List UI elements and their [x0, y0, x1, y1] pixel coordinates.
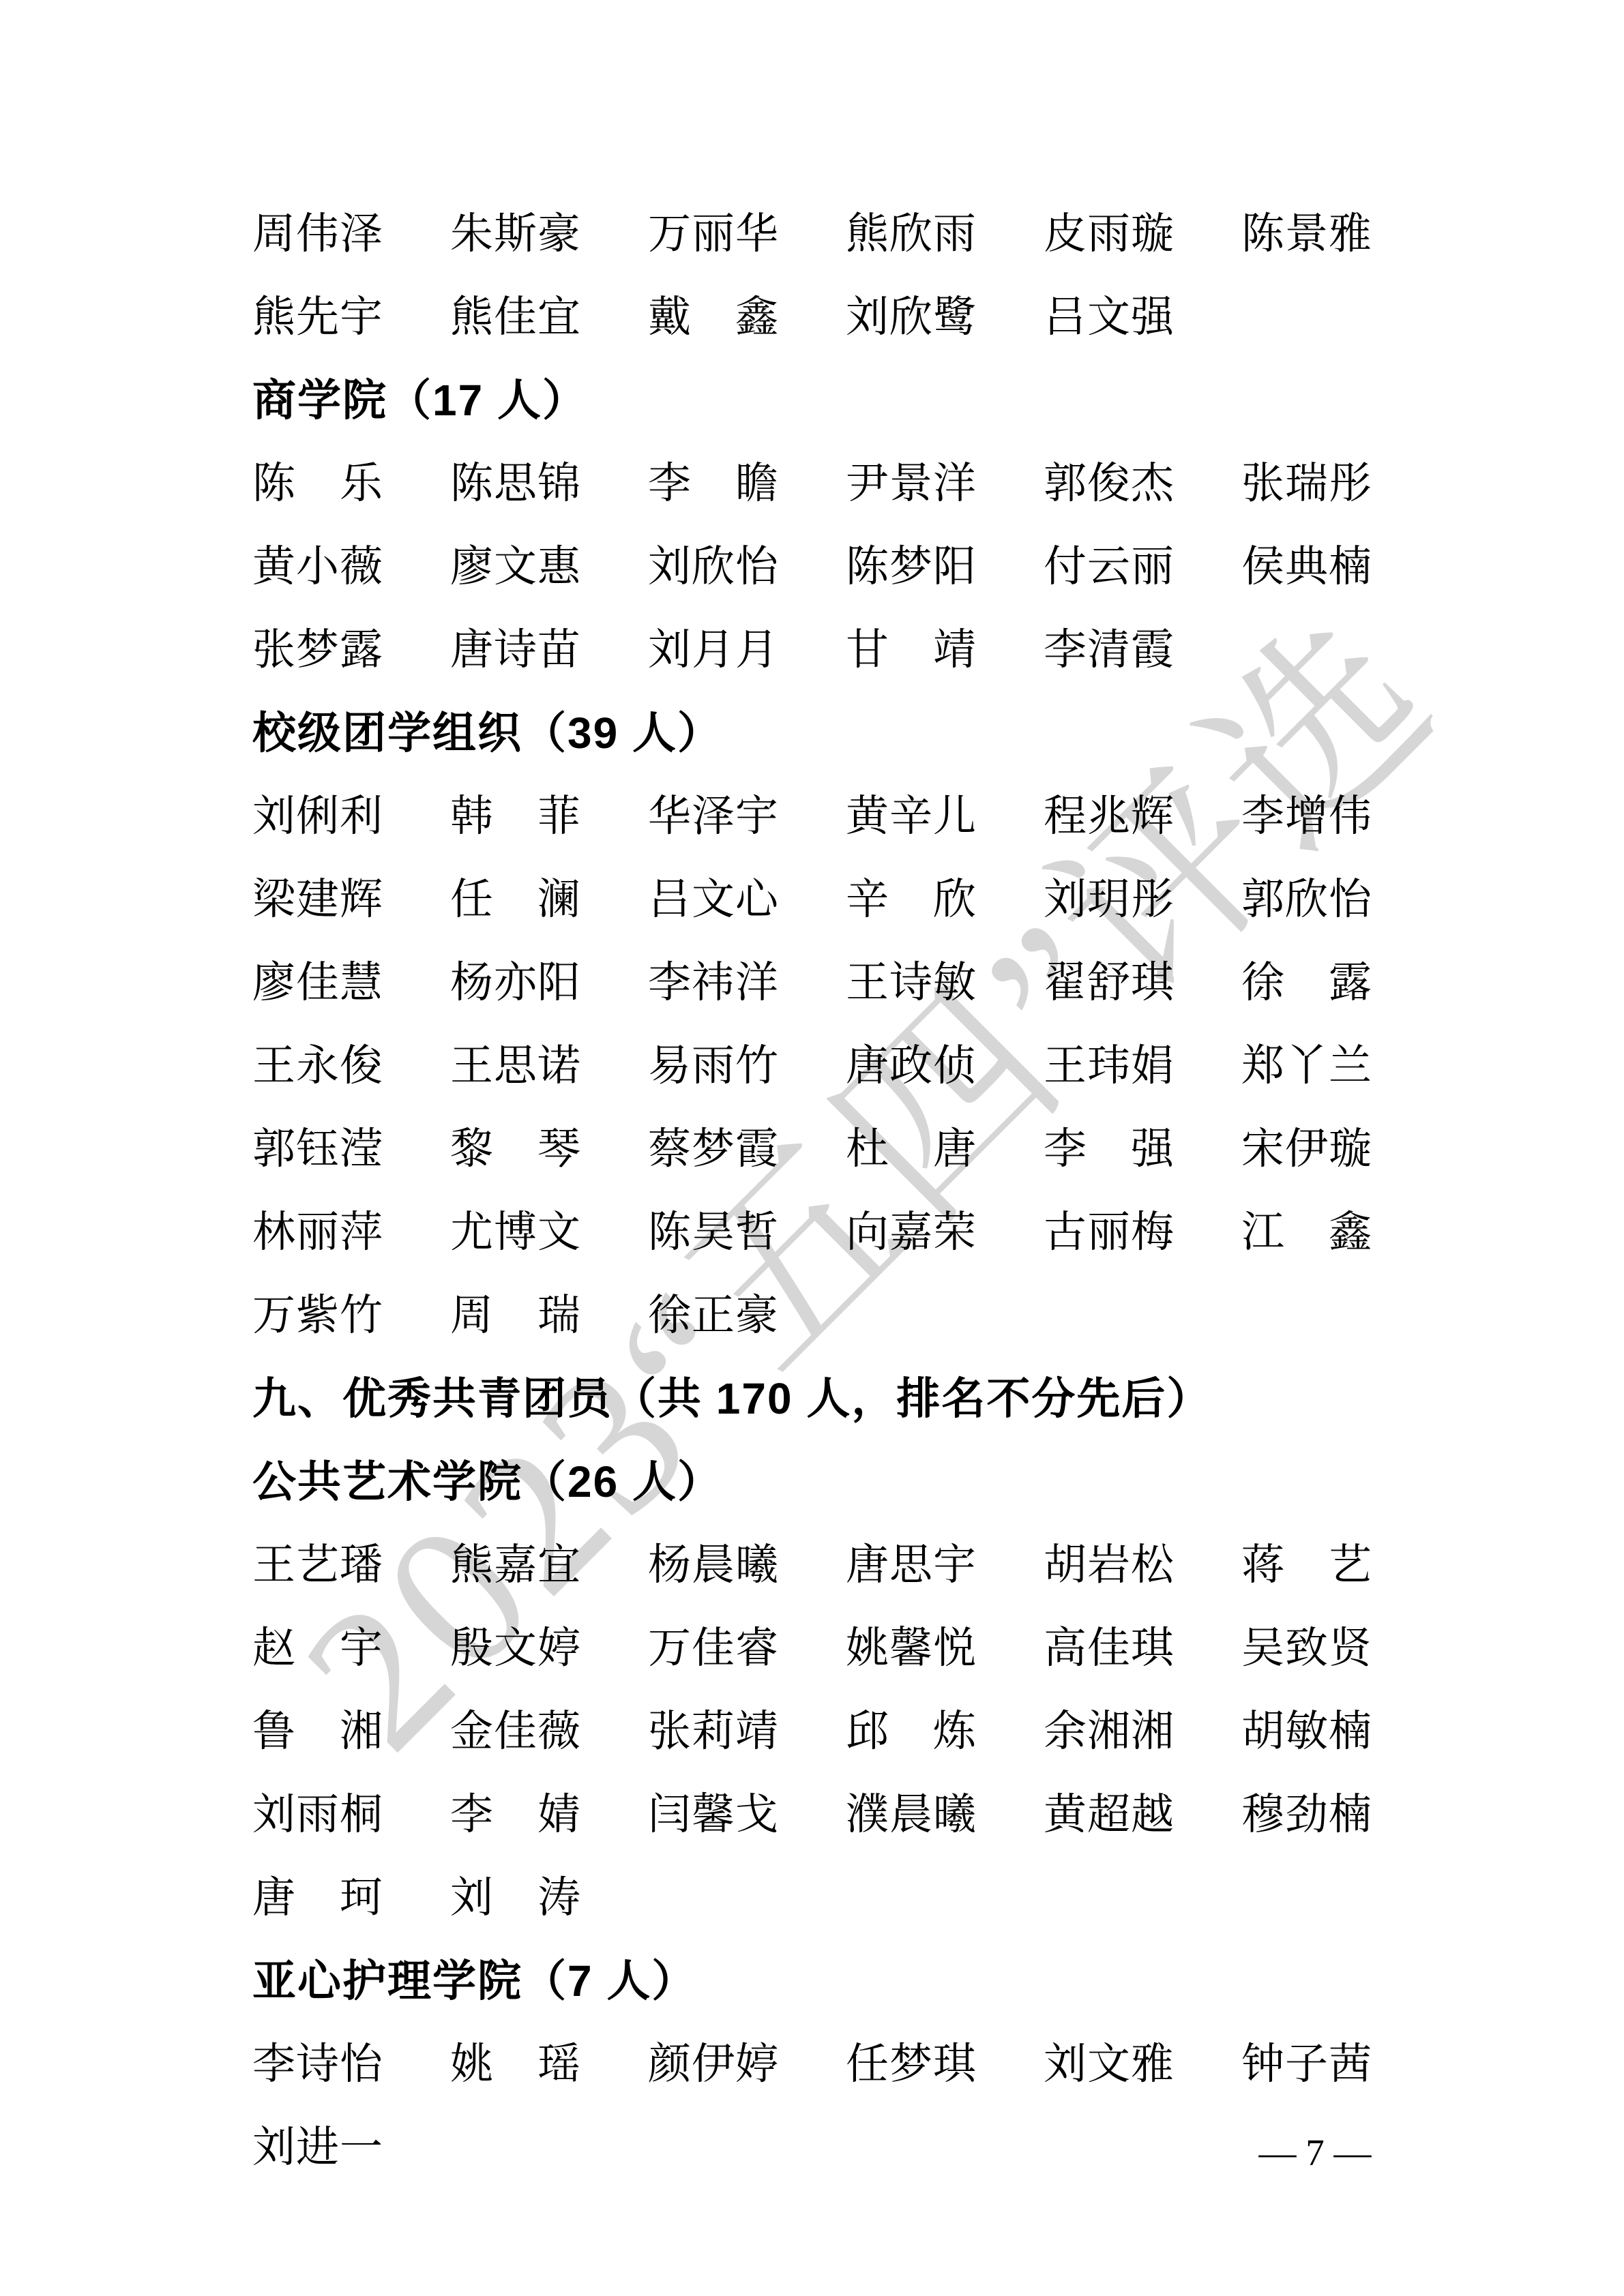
- section-heading: 九、优秀共青团员（共 170 人，排名不分先后）: [252, 1357, 1494, 1440]
- person-name: 尹景洋: [846, 442, 1044, 525]
- person-name: 高佳琪: [1044, 1607, 1241, 1690]
- person-name: 朱斯豪: [450, 192, 648, 275]
- person-name: 向嘉荣: [846, 1191, 1044, 1274]
- names-row: 廖佳慧杨亦阳李祎洋王诗敏翟舒琪徐 露: [252, 941, 1494, 1024]
- person-name: 郑丫兰: [1241, 1024, 1439, 1107]
- names-row: 郭钰滢黎 琴蔡梦霞杜 唐李 强宋伊璇: [252, 1107, 1494, 1191]
- person-name: 吴致贤: [1241, 1607, 1439, 1690]
- person-name: 胡敏楠: [1241, 1690, 1439, 1773]
- person-name: 陈思锦: [450, 442, 648, 525]
- person-name: 梁建辉: [252, 858, 450, 941]
- person-name: 王思诺: [450, 1024, 648, 1107]
- person-name: 李 婧: [450, 1773, 648, 1856]
- person-name: 辛 欣: [846, 858, 1044, 941]
- person-name: 周 瑞: [450, 1274, 648, 1357]
- person-name: 刘玥彤: [1044, 858, 1241, 941]
- section-heading: 商学院（17 人）: [252, 359, 1494, 442]
- person-name: 甘 靖: [846, 608, 1044, 691]
- person-name: 王诗敏: [846, 941, 1044, 1024]
- person-name: 刘欣怡: [648, 525, 846, 608]
- person-name: 华泽宇: [648, 775, 846, 858]
- names-row: 张梦露唐诗苗刘月月甘 靖李清霞: [252, 608, 1494, 691]
- names-row: 梁建辉任 澜吕文心辛 欣刘玥彤郭欣怡: [252, 858, 1494, 941]
- person-name: 任 澜: [450, 858, 648, 941]
- person-name: 王玮娟: [1044, 1024, 1241, 1107]
- person-name: 韩 菲: [450, 775, 648, 858]
- person-name: 张莉靖: [648, 1690, 846, 1773]
- names-row: 熊先宇熊佳宜戴 鑫刘欣鹭吕文强: [252, 275, 1494, 359]
- person-name: 刘月月: [648, 608, 846, 691]
- person-name: 张梦露: [252, 608, 450, 691]
- person-name: 黎 琴: [450, 1107, 648, 1191]
- person-name: 黄辛儿: [846, 775, 1044, 858]
- names-row: 万紫竹周 瑞徐正豪: [252, 1274, 1494, 1357]
- person-name: 熊佳宜: [450, 275, 648, 359]
- names-row: 刘雨桐李 婧闫馨戈濮晨曦黄超越穆劲楠: [252, 1773, 1494, 1856]
- person-name: 廖佳慧: [252, 941, 450, 1024]
- person-name: 刘欣鹭: [846, 275, 1044, 359]
- person-name: 陈 乐: [252, 442, 450, 525]
- page-number: — 7 —: [1243, 2122, 1387, 2183]
- person-name: 唐 珂: [252, 1856, 450, 1939]
- person-name: 唐思宇: [846, 1523, 1044, 1607]
- person-name: 蔡梦霞: [648, 1107, 846, 1191]
- names-row: 唐 珂刘 涛: [252, 1856, 1494, 1939]
- person-name: 王艺璠: [252, 1523, 450, 1607]
- section-heading: 校级团学组织（39 人）: [252, 691, 1494, 775]
- person-name: 唐诗苗: [450, 608, 648, 691]
- person-name: 李祎洋: [648, 941, 846, 1024]
- person-name: 徐正豪: [648, 1274, 846, 1357]
- person-name: 付云丽: [1044, 525, 1241, 608]
- person-name: 侯典楠: [1241, 525, 1439, 608]
- person-name: 黄小薇: [252, 525, 450, 608]
- person-name: 杨亦阳: [450, 941, 648, 1024]
- names-row: 王永俊王思诺易雨竹唐政侦王玮娟郑丫兰: [252, 1024, 1494, 1107]
- section-heading: 公共艺术学院（26 人）: [252, 1440, 1494, 1523]
- person-name: 杨晨曦: [648, 1523, 846, 1607]
- person-name: 江 鑫: [1241, 1191, 1439, 1274]
- person-name: 赵 宇: [252, 1607, 450, 1690]
- names-row: 周伟泽朱斯豪万丽华熊欣雨皮雨璇陈景雅: [252, 192, 1494, 275]
- person-name: 宋伊璇: [1241, 1107, 1439, 1191]
- person-name: 姚馨悦: [846, 1607, 1044, 1690]
- person-name: 殷文婷: [450, 1607, 648, 1690]
- person-name: 易雨竹: [648, 1024, 846, 1107]
- section-heading: 亚心护理学院（7 人）: [252, 1939, 1494, 2023]
- person-name: 王永俊: [252, 1024, 450, 1107]
- person-name: 穆劲楠: [1241, 1773, 1439, 1856]
- person-name: 古丽梅: [1044, 1191, 1241, 1274]
- person-name: 李 瞻: [648, 442, 846, 525]
- person-name: 黄超越: [1044, 1773, 1241, 1856]
- names-row: 鲁 湘金佳薇张莉靖邱 炼余湘湘胡敏楠: [252, 1690, 1494, 1773]
- person-name: 刘文雅: [1044, 2023, 1241, 2106]
- person-name: 郭欣怡: [1241, 858, 1439, 941]
- document-lines: 周伟泽朱斯豪万丽华熊欣雨皮雨璇陈景雅熊先宇熊佳宜戴 鑫刘欣鹭吕文强商学院（17 …: [252, 192, 1494, 2189]
- person-name: 姚 瑶: [450, 2023, 648, 2106]
- person-name: 邱 炼: [846, 1690, 1044, 1773]
- person-name: 李诗怡: [252, 2023, 450, 2106]
- person-name: 吕文强: [1044, 275, 1241, 359]
- person-name: 刘雨桐: [252, 1773, 450, 1856]
- person-name: 周伟泽: [252, 192, 450, 275]
- names-row: 黄小薇廖文惠刘欣怡陈梦阳付云丽侯典楠: [252, 525, 1494, 608]
- person-name: 任梦琪: [846, 2023, 1044, 2106]
- names-row: 李诗怡姚 瑶颜伊婷任梦琪刘文雅钟子茜: [252, 2023, 1494, 2106]
- names-row: 陈 乐陈思锦李 瞻尹景洋郭俊杰张瑞彤: [252, 442, 1494, 525]
- person-name: 陈昊哲: [648, 1191, 846, 1274]
- person-name: 闫馨戈: [648, 1773, 846, 1856]
- person-name: 陈景雅: [1241, 192, 1439, 275]
- person-name: 钟子茜: [1241, 2023, 1439, 2106]
- person-name: 刘 涛: [450, 1856, 648, 1939]
- person-name: 戴 鑫: [648, 275, 846, 359]
- person-name: 颜伊婷: [648, 2023, 846, 2106]
- person-name: 陈梦阳: [846, 525, 1044, 608]
- document-page: 2023“五四”评选 周伟泽朱斯豪万丽华熊欣雨皮雨璇陈景雅熊先宇熊佳宜戴 鑫刘欣…: [0, 0, 1624, 2296]
- person-name: 李增伟: [1241, 775, 1439, 858]
- person-name: 蒋 艺: [1241, 1523, 1439, 1607]
- person-name: 吕文心: [648, 858, 846, 941]
- person-name: 万佳睿: [648, 1607, 846, 1690]
- person-name: 万丽华: [648, 192, 846, 275]
- person-name: 刘俐利: [252, 775, 450, 858]
- person-name: 廖文惠: [450, 525, 648, 608]
- person-name: 余湘湘: [1044, 1690, 1241, 1773]
- person-name: 鲁 湘: [252, 1690, 450, 1773]
- person-name: 林丽萍: [252, 1191, 450, 1274]
- names-row: 林丽萍尤博文陈昊哲向嘉荣古丽梅江 鑫: [252, 1191, 1494, 1274]
- person-name: 唐政侦: [846, 1024, 1044, 1107]
- person-name: 翟舒琪: [1044, 941, 1241, 1024]
- names-row: 刘俐利韩 菲华泽宇黄辛儿程兆辉李增伟: [252, 775, 1494, 858]
- person-name: 熊先宇: [252, 275, 450, 359]
- person-name: 万紫竹: [252, 1274, 450, 1357]
- person-name: 尤博文: [450, 1191, 648, 1274]
- person-name: 程兆辉: [1044, 775, 1241, 858]
- person-name: 胡岩松: [1044, 1523, 1241, 1607]
- person-name: 李 强: [1044, 1107, 1241, 1191]
- names-row: 王艺璠熊嘉宜杨晨曦唐思宇胡岩松蒋 艺: [252, 1523, 1494, 1607]
- person-name: 濮晨曦: [846, 1773, 1044, 1856]
- names-row: 赵 宇殷文婷万佳睿姚馨悦高佳琪吴致贤: [252, 1607, 1494, 1690]
- person-name: 熊欣雨: [846, 192, 1044, 275]
- person-name: 皮雨璇: [1044, 192, 1241, 275]
- person-name: 李清霞: [1044, 608, 1241, 691]
- person-name: 郭俊杰: [1044, 442, 1241, 525]
- person-name: 刘进一: [252, 2106, 450, 2189]
- person-name: 张瑞彤: [1241, 442, 1439, 525]
- person-name: 徐 露: [1241, 941, 1439, 1024]
- person-name: 金佳薇: [450, 1690, 648, 1773]
- person-name: 杜 唐: [846, 1107, 1044, 1191]
- person-name: 熊嘉宜: [450, 1523, 648, 1607]
- person-name: 郭钰滢: [252, 1107, 450, 1191]
